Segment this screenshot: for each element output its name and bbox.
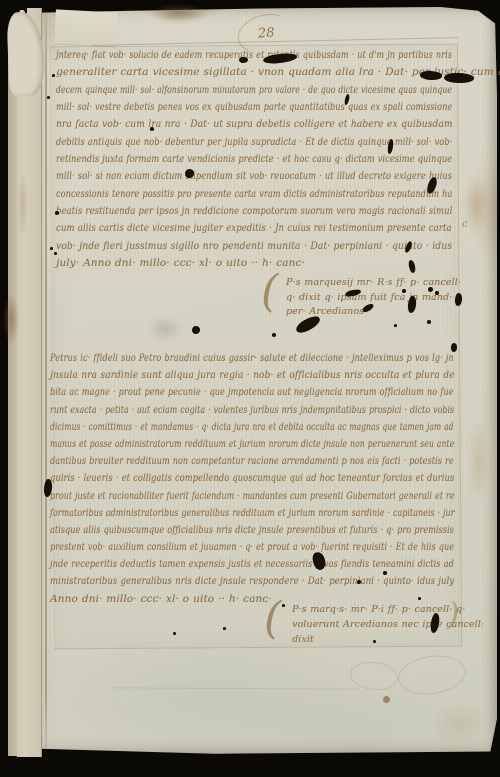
ink-blot (192, 326, 200, 334)
ink-blot (387, 139, 394, 155)
ink-blot (418, 597, 421, 600)
ink-blot (426, 176, 439, 195)
ink-blot (427, 320, 431, 324)
ink-blot (185, 169, 194, 178)
ink-blot (435, 291, 439, 295)
ink-blot (173, 632, 176, 635)
ink-blot (383, 571, 387, 575)
ink-blot (373, 640, 376, 643)
ink-blot (150, 127, 154, 131)
ink-blot (263, 52, 298, 65)
ink-blot (394, 324, 397, 327)
ink-blot (430, 613, 441, 634)
gutter-stain (3, 293, 19, 345)
ink-blot (272, 333, 276, 337)
ink-blot (407, 296, 417, 314)
ink-blot (451, 343, 457, 352)
manuscript-photo: 28 c jntereq· fiat vob· solucio de eadem… (0, 0, 500, 777)
ink-blot (344, 94, 350, 106)
gutter-stain (18, 170, 28, 240)
ink-blot (55, 211, 59, 215)
ink-blots (0, 0, 500, 777)
ink-blot (54, 252, 57, 255)
ink-blot (444, 72, 474, 83)
gutter-page-edge (27, 8, 42, 757)
ink-blot (357, 580, 361, 584)
ink-blot (282, 604, 285, 607)
ink-blot (420, 70, 443, 81)
ink-blot (345, 288, 362, 297)
ink-blot (47, 96, 50, 99)
ink-blot (361, 302, 374, 313)
ink-blot (311, 551, 328, 572)
ink-blot (223, 627, 226, 630)
ink-blot (239, 57, 248, 63)
ink-blot (43, 479, 52, 498)
ink-blot (294, 314, 322, 336)
ink-blot (404, 241, 413, 254)
ink-blot (455, 293, 463, 306)
ink-blot (402, 289, 406, 293)
ink-blot (428, 287, 433, 292)
ink-blot (50, 247, 53, 250)
ink-blot (408, 259, 417, 273)
ink-blot (52, 74, 55, 77)
